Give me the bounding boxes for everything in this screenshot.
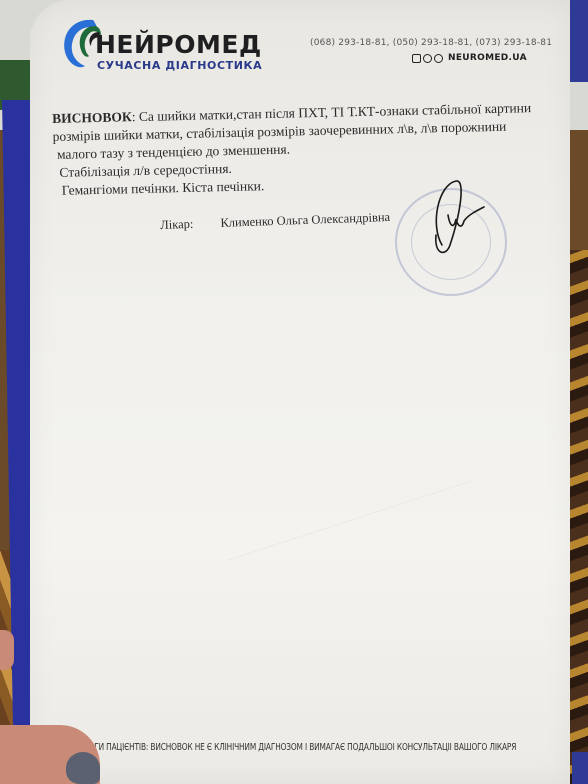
conclusion-label: ВИСНОВОК xyxy=(52,109,132,126)
website-link: NEUROMED.UA xyxy=(448,53,527,63)
brand-name: НЕЙРОМЕД xyxy=(95,30,262,59)
instagram-icon xyxy=(412,54,421,63)
footer-disclaimer: УВАГИ ПАЦІЄНТІВ: ВИСНОВОК НЕ Є КЛІНІЧНИМ… xyxy=(80,742,470,753)
brand-tagline: СУЧАСНА ДІАГНОСТИКА xyxy=(97,59,262,72)
globe-icon xyxy=(434,54,443,63)
facebook-icon xyxy=(423,54,432,63)
signature-icon xyxy=(420,175,500,265)
thumbnail xyxy=(66,752,100,784)
doctor-label: Лікар: xyxy=(160,217,194,232)
right-blue-stripe-bottom xyxy=(572,752,588,784)
social-links: NEUROMED.UA xyxy=(412,53,527,63)
contact-phones: (068) 293-18-81, (050) 293-18-81, (073) … xyxy=(310,38,552,48)
finger-left xyxy=(0,630,14,670)
